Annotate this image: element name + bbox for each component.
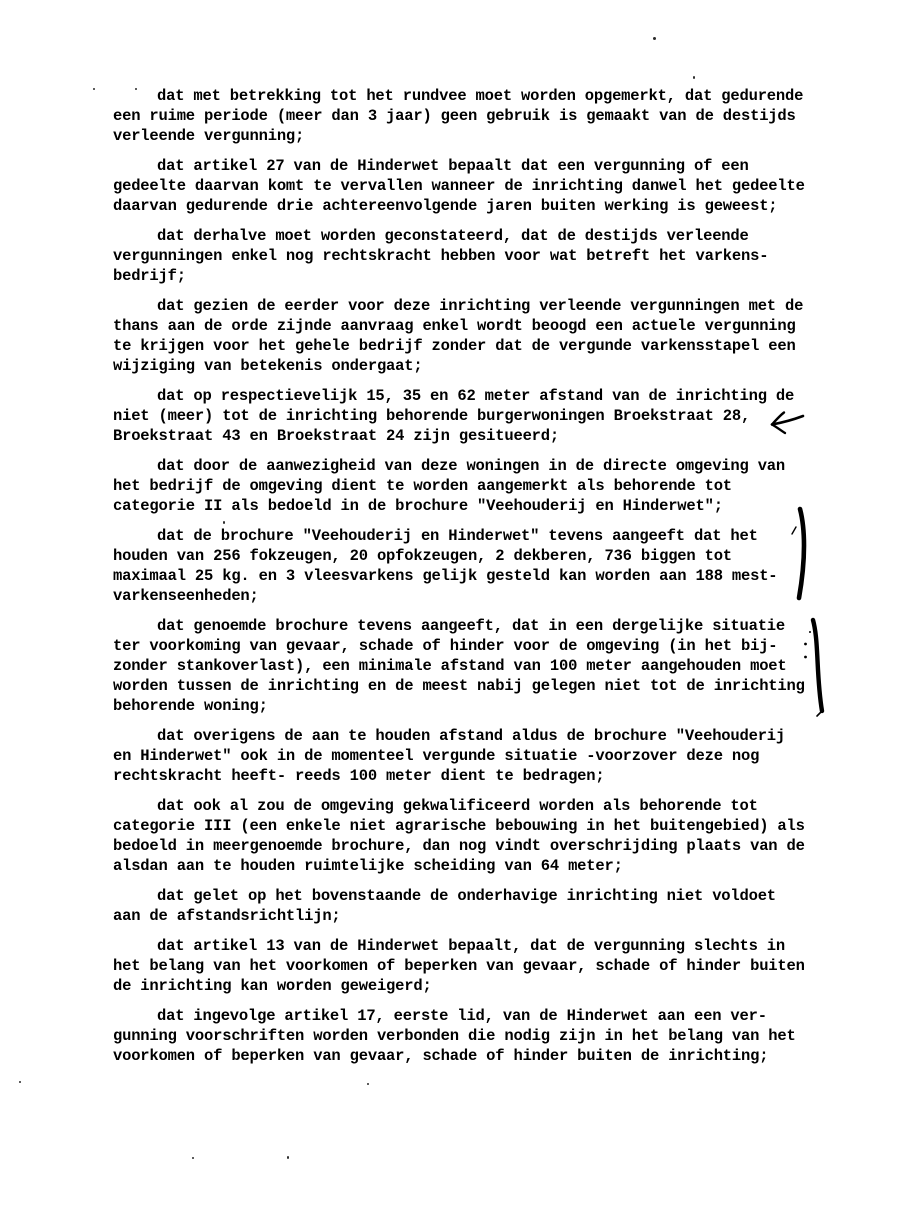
handwritten-margin-stroke-2 — [800, 617, 830, 719]
scan-speckle — [653, 37, 656, 40]
handwritten-margin-stroke-1 — [791, 506, 813, 602]
paragraph: dat ook al zou de omgeving gekwalificeer… — [113, 796, 848, 876]
scan-speckle — [192, 1157, 194, 1159]
paragraph: dat derhalve moet worden geconstateerd, … — [113, 226, 848, 286]
paragraph: dat ingevolge artikel 17, eerste lid, va… — [113, 1006, 848, 1066]
paragraph: dat gezien de eerder voor deze inrichtin… — [113, 296, 848, 376]
scan-speckle — [223, 521, 225, 524]
scan-speckle — [287, 1156, 289, 1159]
paragraph: dat op respectievelijk 15, 35 en 62 mete… — [113, 386, 848, 446]
paragraph: dat genoemde brochure tevens aangeeft, d… — [113, 616, 848, 716]
paragraph: dat door de aanwezigheid van deze woning… — [113, 456, 848, 516]
scan-speckle — [693, 76, 695, 79]
scan-speckle — [367, 1083, 369, 1085]
paragraph: dat gelet op het bovenstaande de onderha… — [113, 886, 848, 926]
paragraph: dat artikel 27 van de Hinderwet bepaalt … — [113, 156, 848, 216]
scan-speckle — [93, 88, 95, 90]
paragraph: dat artikel 13 van de Hinderwet bepaalt,… — [113, 936, 848, 996]
scanned-document-page: dat met betrekking tot het rundvee moet … — [0, 0, 900, 1207]
scan-speckle — [135, 88, 137, 90]
document-body: dat met betrekking tot het rundvee moet … — [113, 86, 848, 1076]
scan-speckle — [19, 1081, 21, 1083]
paragraph: dat met betrekking tot het rundvee moet … — [113, 86, 848, 146]
paragraph: dat overigens de aan te houden afstand a… — [113, 726, 848, 786]
paragraph: dat de brochure "Veehouderij en Hinderwe… — [113, 526, 848, 606]
handwritten-left-arrow-icon — [764, 407, 806, 437]
